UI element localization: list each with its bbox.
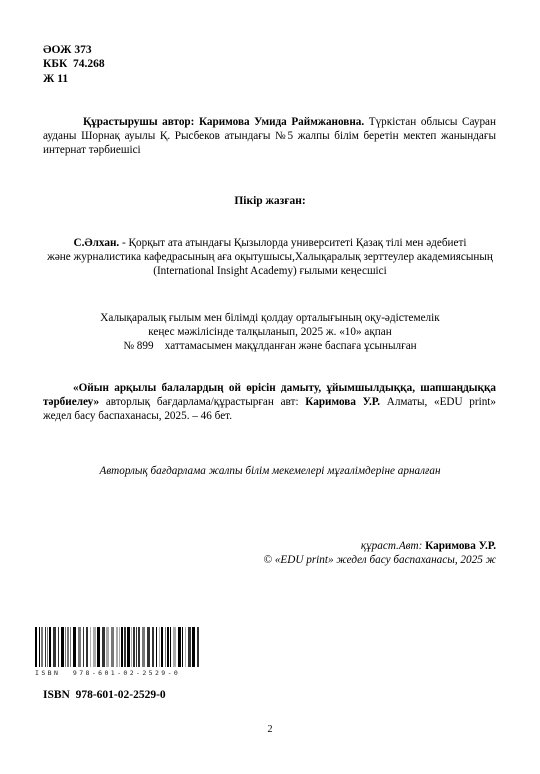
classification-codes: ӘОЖ 373 КБК 74.268 Ж 11 [43, 43, 105, 86]
isbn-barcode: ISBN 978-601-02-2529-0 [35, 627, 205, 679]
credits: құраст.Авт: Каримова У.Р. © «EDU print» … [264, 539, 496, 567]
barcode-caption: ISBN 978-601-02-2529-0 [35, 669, 205, 677]
isbn-number: ISBN 978-601-02-2529-0 [43, 689, 166, 701]
copyright-line: © «EDU print» жедел басу баспаханасы, 20… [264, 553, 496, 567]
udc-code: ӘОЖ 373 [43, 43, 105, 57]
citation-author: Каримова У.Р. [305, 396, 380, 408]
approval-note: Халықаралық ғылым мен білімді қолдау орт… [60, 311, 480, 353]
bibliographic-citation: «Ойын арқылы балалардың ой өрісін дамыту… [43, 381, 496, 423]
bbk-code: КБК 74.268 [43, 57, 105, 71]
barcode-icon [35, 627, 203, 667]
reviewer-info: С.Әлхан. - Қорқыт ата атындағы Қызылорда… [40, 236, 500, 278]
author-mark: Ж 11 [43, 72, 105, 86]
page-number: 2 [0, 724, 540, 735]
compiler-info: Құрастырушы автор: Каримова Умида Раймжа… [43, 115, 496, 157]
compiled-name: Каримова У.Р. [425, 540, 496, 552]
compiler-label: Құрастырушы автор: Каримова Умида Раймжа… [83, 116, 364, 128]
reviewer-line-2: және журналистика кафедрасының аға оқыту… [40, 250, 500, 264]
reviewer-line-1: - Қорқыт ата атындағы Қызылорда универси… [119, 237, 466, 249]
approval-line-3: № 899 хаттамасымен мақұлданған және басп… [60, 339, 480, 353]
audience-note: Авторлық бағдарлама жалпы білім мекемеле… [0, 464, 540, 478]
approval-line-2: кеңес мәжілісінде талқыланып, 2025 ж. «1… [60, 325, 480, 339]
compiled-label: құраст.Авт: [361, 540, 425, 552]
reviewer-name: С.Әлхан. [74, 237, 120, 249]
approval-line-1: Халықаралық ғылым мен білімді қолдау орт… [60, 311, 480, 325]
reviewer-line-3: (International Insight Academy) ғылыми к… [40, 264, 500, 278]
review-heading: Пікір жазған: [0, 195, 540, 207]
citation-middle: авторлық бағдарлама/құрастырған авт: [99, 396, 305, 408]
